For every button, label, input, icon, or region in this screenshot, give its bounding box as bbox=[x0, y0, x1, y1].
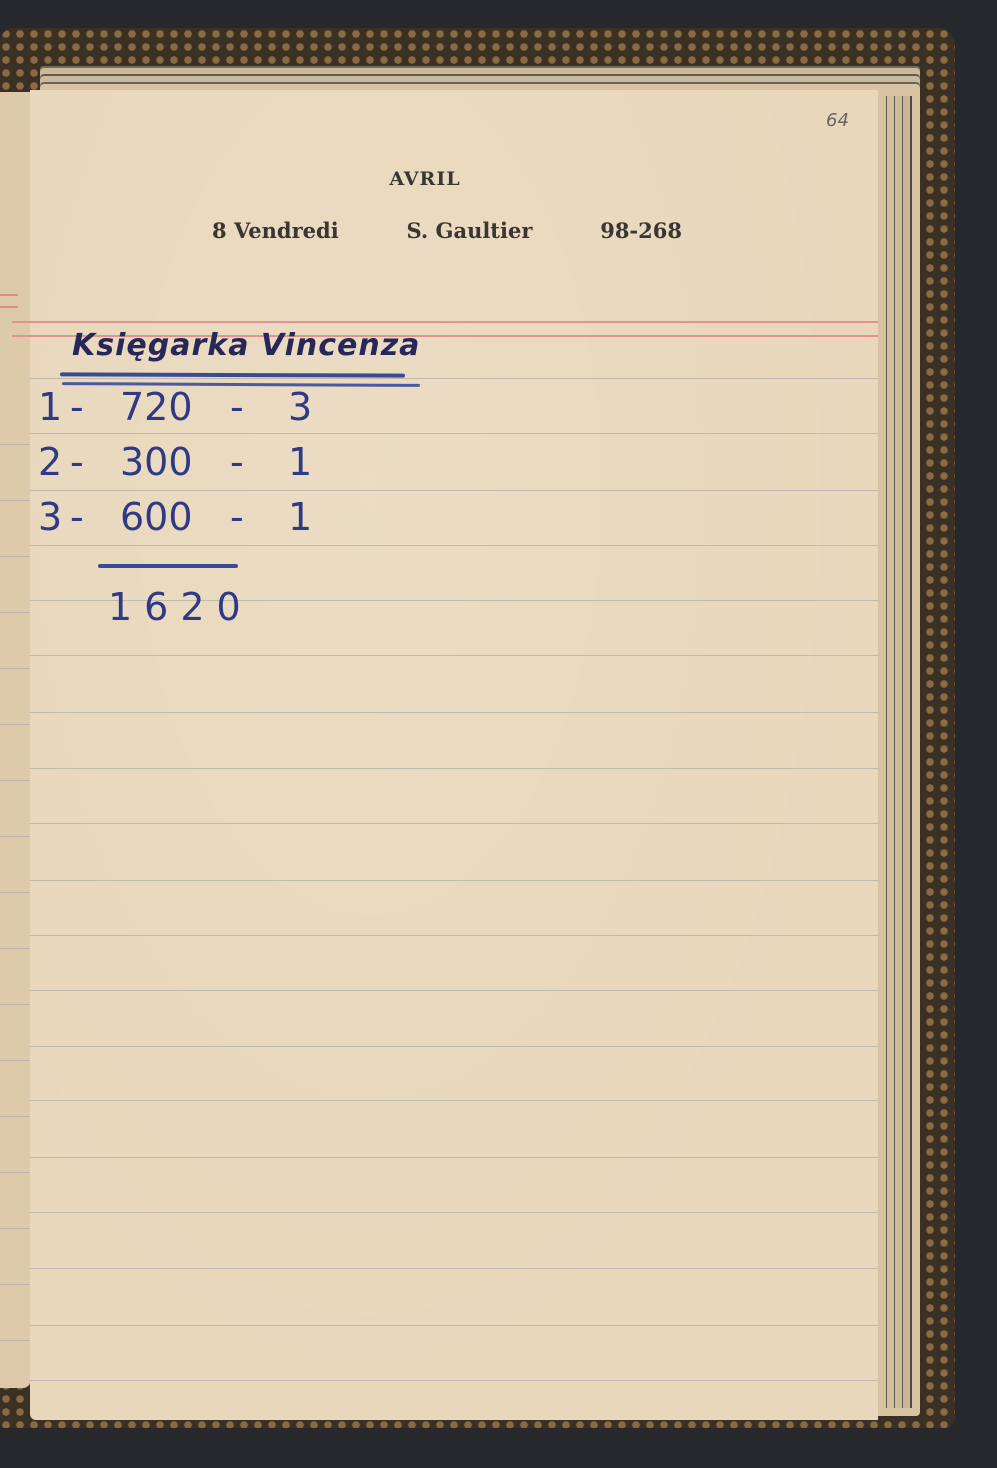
left-rule bbox=[0, 1228, 30, 1229]
handwritten-heading: Księgarka Vincenza bbox=[72, 328, 420, 363]
left-rule bbox=[0, 1284, 30, 1285]
saint-name: S. Gaultier bbox=[406, 218, 532, 243]
date-line: 8 Vendredi S. Gaultier 98-268 bbox=[212, 218, 682, 243]
left-rule bbox=[0, 668, 30, 669]
weekday: Vendredi bbox=[234, 218, 339, 243]
diary-page: 64 AVRIL 8 Vendredi S. Gaultier 98-268 K… bbox=[30, 90, 878, 1420]
entry-amount: 300 bbox=[120, 440, 193, 484]
ruled-line bbox=[30, 378, 878, 379]
left-rule bbox=[0, 836, 30, 837]
entry-quantity: 1 bbox=[288, 495, 312, 539]
sum-underline bbox=[98, 564, 238, 568]
ruled-line bbox=[30, 990, 878, 991]
ruled-line bbox=[30, 1380, 878, 1381]
entry-amount: 720 bbox=[120, 385, 193, 429]
ruled-line bbox=[30, 1100, 878, 1101]
left-rule bbox=[0, 1060, 30, 1061]
left-rule bbox=[0, 556, 30, 557]
red-margin-rule bbox=[12, 321, 878, 323]
left-rule bbox=[0, 892, 30, 893]
left-page-edge bbox=[0, 92, 31, 1388]
month-title: AVRIL bbox=[30, 168, 820, 190]
left-rule bbox=[0, 948, 30, 949]
day-number: 8 bbox=[212, 218, 227, 243]
entry-separator: - bbox=[230, 440, 244, 484]
entry-row: 2 - 300 - 1 bbox=[30, 440, 430, 496]
entry-separator: - bbox=[70, 495, 84, 539]
ruled-line bbox=[30, 1046, 878, 1047]
ruled-line bbox=[30, 880, 878, 881]
page-edges bbox=[872, 96, 922, 1408]
ruled-line bbox=[30, 1268, 878, 1269]
entry-row: 1 - 720 - 3 bbox=[30, 385, 430, 441]
entry-quantity: 1 bbox=[288, 440, 312, 484]
left-red-rule bbox=[0, 306, 18, 308]
ruled-line bbox=[30, 712, 878, 713]
entry-index: 1 bbox=[38, 385, 62, 429]
heading-underline bbox=[60, 372, 405, 377]
entry-quantity: 3 bbox=[288, 385, 312, 429]
entry-separator: - bbox=[230, 495, 244, 539]
left-rule bbox=[0, 780, 30, 781]
handwritten-total: 1620 bbox=[108, 585, 253, 629]
left-rule bbox=[0, 1004, 30, 1005]
left-rule bbox=[0, 1172, 30, 1173]
ruled-line bbox=[30, 768, 878, 769]
ruled-line bbox=[30, 1157, 878, 1158]
ruled-line bbox=[30, 935, 878, 936]
entry-index: 3 bbox=[38, 495, 62, 539]
left-rule bbox=[0, 1116, 30, 1117]
entry-row: 3 - 600 - 1 bbox=[30, 495, 430, 551]
left-rule bbox=[0, 1340, 30, 1341]
left-rule bbox=[0, 444, 30, 445]
weekday-date: 8 Vendredi bbox=[212, 218, 339, 243]
ruled-line bbox=[30, 1212, 878, 1213]
page-number: 64 bbox=[826, 110, 849, 131]
ruled-line bbox=[30, 823, 878, 824]
entry-separator: - bbox=[70, 385, 84, 429]
left-rule bbox=[0, 500, 30, 501]
ruled-line bbox=[30, 655, 878, 656]
entry-separator: - bbox=[230, 385, 244, 429]
left-red-rule bbox=[0, 294, 18, 296]
day-of-year: 98-268 bbox=[600, 218, 682, 243]
left-rule bbox=[0, 724, 30, 725]
left-rule bbox=[0, 612, 30, 613]
entry-amount: 600 bbox=[120, 495, 193, 539]
entry-separator: - bbox=[70, 440, 84, 484]
entry-index: 2 bbox=[38, 440, 62, 484]
ruled-line bbox=[30, 1325, 878, 1326]
